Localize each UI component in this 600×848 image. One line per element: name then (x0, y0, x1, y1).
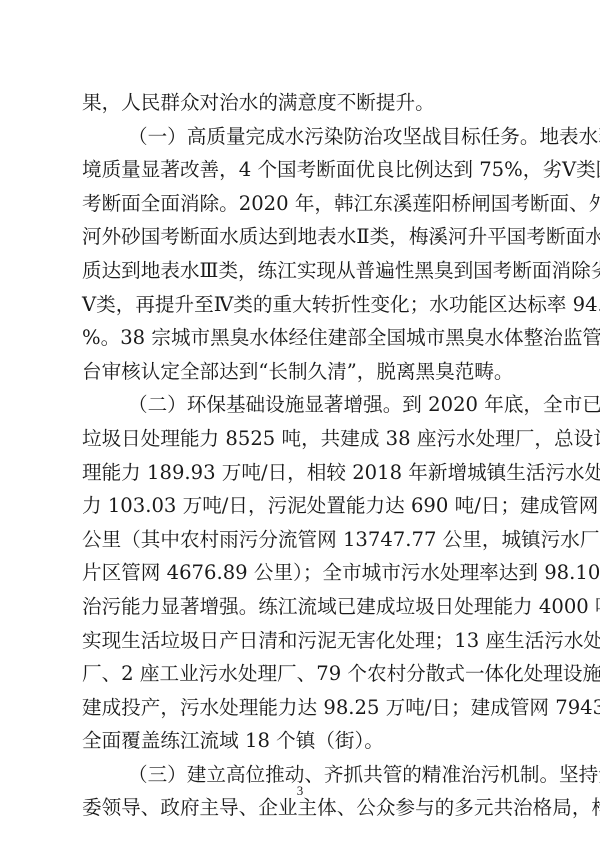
section-2-line: 力 103.03 万吨/日，污泥处置能力达 690 吨/日；建成管网 18424… (82, 489, 520, 523)
section-1-heading-line: （一）高质量完成水污染防治攻坚战目标任务。地表水环 (82, 120, 520, 154)
section-2-line: 公里（其中农村雨污分流管网 13747.77 公里，城镇污水厂服务 (82, 523, 520, 557)
section-2-line: 治污能力显著增强。练江流域已建成垃圾日处理能力 4000 吨， (82, 590, 520, 624)
section-1-line: 台审核认定全部达到“长制久清”，脱离黑臭范畴。 (82, 355, 520, 389)
section-2-heading-line: （二）环保基础设施显著增强。到 2020 年底，全市已建成 (82, 388, 520, 422)
section-1-line: 境质量显著改善，4 个国考断面优良比例达到 75%，劣Ⅴ类国 (82, 153, 520, 187)
section-2-line: 垃圾日处理能力 8525 吨，共建成 38 座污水处理厂，总设计处 (82, 422, 520, 456)
section-2-line: 全面覆盖练江流域 18 个镇（街）。 (82, 724, 520, 758)
page-number: 3 (0, 783, 600, 799)
section-2-line: 片区管网 4676.89 公里）；全市城市污水处理率达到 98.10%， (82, 556, 520, 590)
section-1-line: 河外砂国考断面水质达到地表水Ⅱ类，梅溪河升平国考断面水 (82, 220, 520, 254)
section-1-line: Ⅴ类，再提升至Ⅳ类的重大转折性变化；水功能区达标率 94.1 (82, 288, 520, 322)
body-text: 果，人民群众对治水的满意度不断提升。 （一）高质量完成水污染防治攻坚战目标任务。… (82, 86, 520, 825)
section-2-line: 厂、2 座工业污水处理厂、79 个农村分散式一体化处理设施已 (82, 657, 520, 691)
paragraph-intro-tail-line: 果，人民群众对治水的满意度不断提升。 (82, 86, 520, 120)
section-1-line: 质达到地表水Ⅲ类，练江实现从普遍性黑臭到国考断面消除劣 (82, 254, 520, 288)
section-2-line: 理能力 189.93 万吨/日，相较 2018 年新增城镇生活污水处理能 (82, 456, 520, 490)
section-2-line: 实现生活垃圾日产日清和污泥无害化处理；13 座生活污水处理 (82, 624, 520, 658)
section-1-line: %。38 宗城市黑臭水体经住建部全国城市黑臭水体整治监管平 (82, 321, 520, 355)
section-2-line: 建成投产，污水处理能力达 98.25 万吨/日；建成管网 7943 公里， (82, 691, 520, 725)
section-1-line: 考断面全面消除。2020 年，韩江东溪莲阳桥闸国考断面、外砂 (82, 187, 520, 221)
document-page: 果，人民群众对治水的满意度不断提升。 （一）高质量完成水污染防治攻坚战目标任务。… (0, 0, 600, 848)
